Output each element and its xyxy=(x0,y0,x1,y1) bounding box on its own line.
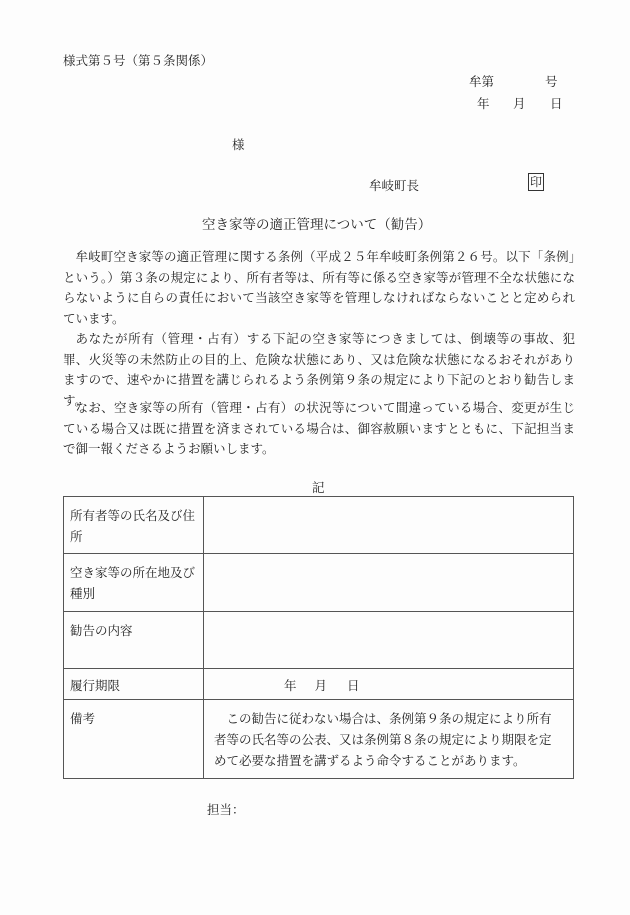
record-table: 所有者等の氏名及び住所 空き家等の所在地及び種別 勧告の内容 履行期限 年月日 … xyxy=(63,496,574,779)
owner-field[interactable] xyxy=(204,497,574,554)
advice-content-label: 勧告の内容 xyxy=(64,612,204,669)
paragraph-text: なお、空き家等の所有（管理・占有）の状況等について間違っている場合、変更が生じて… xyxy=(63,398,575,460)
table-row-location: 空き家等の所在地及び種別 xyxy=(64,554,574,612)
paragraph-1: 牟岐町空き家等の適正管理に関する条例（平成２５年牟岐町条例第２６号。以下「条例」… xyxy=(63,247,575,329)
paragraph-3: なお、空き家等の所有（管理・占有）の状況等について間違っている場合、変更が生じて… xyxy=(63,398,575,460)
table-row-content: 勧告の内容 xyxy=(64,612,574,669)
remarks-text: この勧告に従わない場合は、条例第９条の規定により所有者等の氏名等の公表、又は条例… xyxy=(204,700,574,779)
table-row-remarks: 備考 この勧告に従わない場合は、条例第９条の規定により所有者等の氏名等の公表、又… xyxy=(64,700,574,779)
contact-label: 担当： xyxy=(207,800,245,818)
deadline-field[interactable]: 年月日 xyxy=(204,669,574,700)
deadline-year-label: 年 xyxy=(284,675,297,696)
remarks-label: 備考 xyxy=(64,700,204,779)
reference-number-prefix: 牟第 xyxy=(469,72,494,90)
location-label: 空き家等の所在地及び種別 xyxy=(64,554,204,612)
date-year-label: 年 xyxy=(477,94,490,112)
table-row-owner: 所有者等の氏名及び住所 xyxy=(64,497,574,554)
record-heading: 記 xyxy=(312,478,325,496)
document-title: 空き家等の適正管理について（勧告） xyxy=(202,213,431,233)
advice-content-field[interactable] xyxy=(204,612,574,669)
form-id: 様式第５号（第５条関係） xyxy=(63,51,213,69)
reference-number-suffix: 号 xyxy=(545,72,558,90)
sender-title: 牟岐町長 xyxy=(369,176,419,194)
paragraph-text: 牟岐町空き家等の適正管理に関する条例（平成２５年牟岐町条例第２６号。以下「条例」… xyxy=(63,247,575,329)
location-field[interactable] xyxy=(204,554,574,612)
table-row-deadline: 履行期限 年月日 xyxy=(64,669,574,700)
deadline-day-label: 日 xyxy=(347,675,360,696)
deadline-label: 履行期限 xyxy=(64,669,204,700)
date-day-label: 日 xyxy=(550,94,563,112)
deadline-month-label: 月 xyxy=(315,675,328,696)
addressee-honorific: 様 xyxy=(232,135,245,153)
seal-icon: 印 xyxy=(528,173,544,191)
date-month-label: 月 xyxy=(513,94,526,112)
owner-label: 所有者等の氏名及び住所 xyxy=(64,497,204,554)
